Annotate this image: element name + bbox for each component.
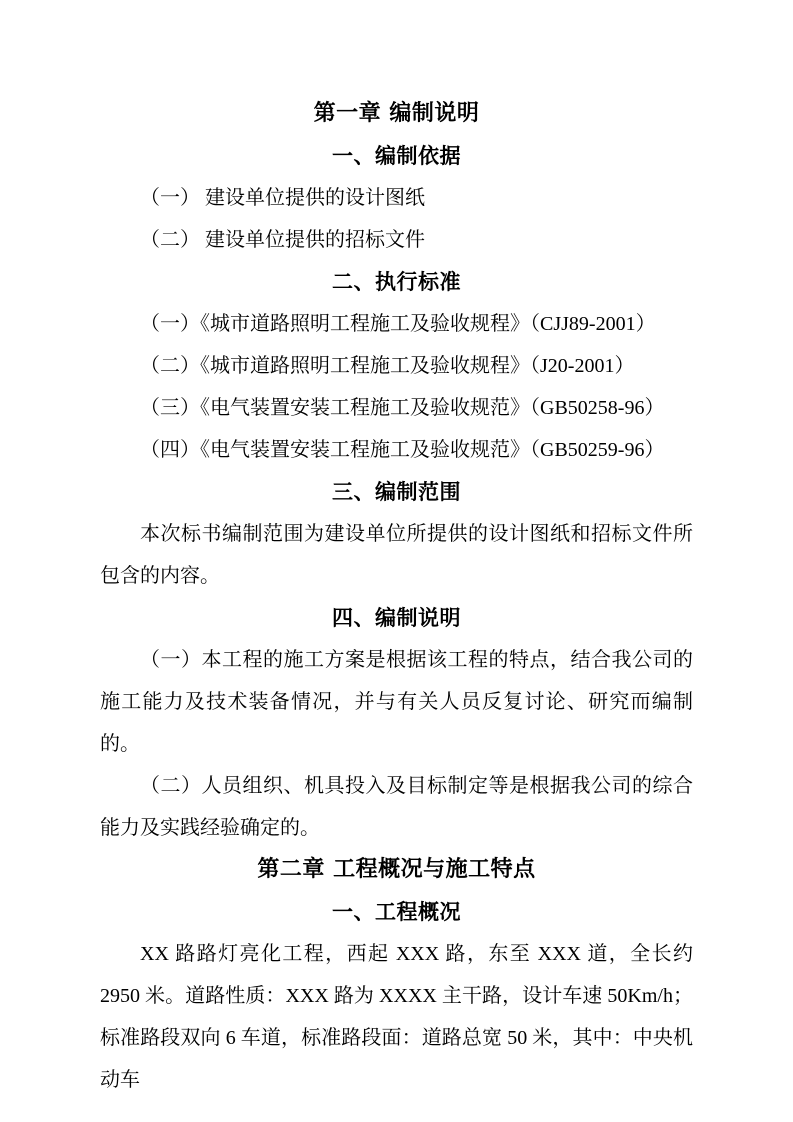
paragraph-note-item-1: （一）本工程的施工方案是根据该工程的特点，结合我公司的施工能力及技术装备情况，并… bbox=[100, 639, 693, 765]
paragraph-standard-item-3: （三）《电气装置安装工程施工及验收规范》（GB50258-96） bbox=[100, 387, 693, 429]
document-page: 第一章 编制说明 一、编制依据 （一） 建设单位提供的设计图纸 （二） 建设单位… bbox=[0, 0, 793, 1122]
paragraph-project-overview: XX 路路灯亮化工程，西起 XXX 路，东至 XXX 道，全长约 2950 米。… bbox=[100, 933, 693, 1101]
chapter-1-title: 第一章 编制说明 bbox=[100, 93, 693, 135]
section-1-3-heading: 三、编制范围 bbox=[100, 471, 693, 513]
section-1-2-heading: 二、执行标准 bbox=[100, 261, 693, 303]
paragraph-scope: 本次标书编制范围为建设单位所提供的设计图纸和招标文件所包含的内容。 bbox=[100, 513, 693, 597]
paragraph-standard-item-2: （二）《城市道路照明工程施工及验收规程》（J20-2001） bbox=[100, 345, 693, 387]
section-2-1-heading: 一、工程概况 bbox=[100, 891, 693, 933]
paragraph-note-item-2: （二）人员组织、机具投入及目标制定等是根据我公司的综合能力及实践经验确定的。 bbox=[100, 765, 693, 849]
paragraph-standard-item-4: （四）《电气装置安装工程施工及验收规范》（GB50259-96） bbox=[100, 429, 693, 471]
chapter-2-title: 第二章 工程概况与施工特点 bbox=[100, 849, 693, 891]
section-1-4-heading: 四、编制说明 bbox=[100, 597, 693, 639]
section-1-1-heading: 一、编制依据 bbox=[100, 135, 693, 177]
paragraph-basis-item-2: （二） 建设单位提供的招标文件 bbox=[100, 219, 693, 261]
document-content: 第一章 编制说明 一、编制依据 （一） 建设单位提供的设计图纸 （二） 建设单位… bbox=[100, 93, 693, 1101]
paragraph-standard-item-1: （一）《城市道路照明工程施工及验收规程》（CJJ89-2001） bbox=[100, 303, 693, 345]
paragraph-basis-item-1: （一） 建设单位提供的设计图纸 bbox=[100, 177, 693, 219]
